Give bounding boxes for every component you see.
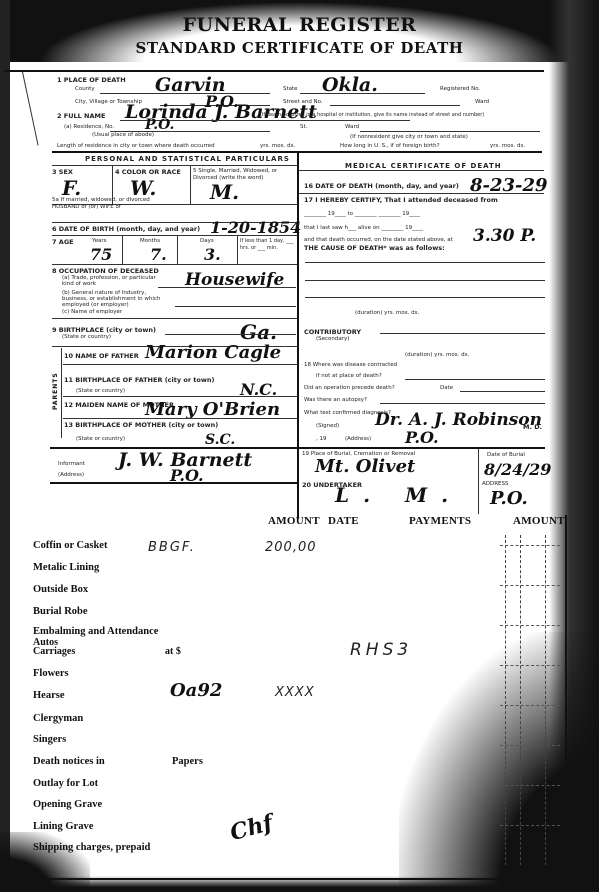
- row-line-5: [52, 318, 297, 319]
- occurred-label: and that death occurred, on the date sta…: [304, 237, 453, 243]
- cause-line-3: [305, 297, 545, 298]
- certificate-title: STANDARD CERTIFICATE OF DEATH: [0, 39, 599, 57]
- death-certificate-page: FUNERAL REGISTER STANDARD CERTIFICATE OF…: [0, 0, 599, 892]
- ledger-item-opening-grave: Opening Grave: [33, 799, 102, 810]
- ward-line: [360, 131, 540, 132]
- secondary-label: (Secondary): [316, 336, 349, 342]
- ledger-item-death-notices: Death notices in: [33, 756, 105, 767]
- margin-line: [22, 72, 39, 146]
- ward-label: Ward: [475, 99, 489, 105]
- ledger-bottom-line: [0, 878, 599, 880]
- ledger-grid-row: [500, 585, 560, 586]
- ledger-item-embalming: Embalming and Attendance: [33, 626, 158, 637]
- ledger-grid-row: [500, 545, 560, 546]
- year-label: , 19: [316, 436, 327, 442]
- undertaker-value: L. M.: [335, 483, 462, 507]
- ledger-amount-hearse: XXXX: [275, 685, 315, 700]
- dob-label: 6 DATE OF BIRTH (month, day, and year): [52, 225, 200, 233]
- signed-label: (Signed): [316, 423, 339, 429]
- time-of-death-value: 3.30 P.: [473, 226, 536, 246]
- us-label: How long in U. S., if of foreign birth?: [340, 143, 440, 149]
- ledger-grid-row: [500, 665, 560, 666]
- age-label: 7 AGE: [52, 238, 74, 246]
- marital-label: 5 Single, Married, Widowed, or Divorced …: [193, 168, 293, 182]
- physician-signature: Dr. A. J. Robinson: [375, 410, 542, 430]
- ledger-item-burial-robe: Burial Robe: [33, 606, 88, 617]
- personal-section-title: PERSONAL AND STATISTICAL PARTICULARS: [85, 155, 290, 163]
- years-label: Years: [92, 238, 107, 244]
- parents-label: PARENTS: [52, 372, 59, 410]
- mother-name-value: Mary O'Brien: [145, 399, 280, 420]
- state-value: Okla.: [322, 74, 378, 96]
- contracted-line: [405, 379, 545, 380]
- ledger-grid-row: [500, 625, 560, 626]
- contributory-label: CONTRIBUTORY: [304, 328, 361, 336]
- spouse-label: 5a If married, widowed, or divorced HUSB…: [52, 197, 172, 211]
- birthplace-line: [165, 334, 296, 335]
- cause-line-2: [305, 280, 545, 281]
- race-label: 4 COLOR OR RACE: [115, 168, 181, 176]
- birthplace-value: Ga.: [240, 320, 277, 344]
- father-name-value: Marion Cagle: [145, 342, 281, 363]
- contracted-label: 18 Where was disease contracted: [304, 362, 397, 368]
- undertaker-address-value: P.O.: [490, 488, 528, 509]
- ledger-amount-coffin: 200,00: [265, 540, 317, 555]
- residence-ward-label: Ward: [345, 124, 359, 130]
- physician-address-value: P.O.: [405, 428, 439, 447]
- mother-line: [63, 418, 297, 419]
- ledger-pencil-note: RHS3: [350, 640, 412, 660]
- ledger-initials: Chf: [227, 810, 275, 846]
- ledger-right-border: [565, 515, 567, 855]
- registered-no-label: Registered No.: [440, 86, 480, 92]
- age-divider-1: [122, 236, 123, 264]
- ledger-header-date: DATE: [328, 515, 359, 527]
- sex-label: 3 SEX: [52, 168, 73, 176]
- attended-from-line: ________ 19____ to ________ ________ 19_…: [304, 211, 420, 217]
- medical-section-title: MEDICAL CERTIFICATE OF DEATH: [345, 162, 502, 170]
- less-than-label: If less than 1 day, ___ hrs. or ___ min.: [240, 238, 295, 252]
- ledger-note-coffin: BBGF.: [148, 540, 196, 555]
- father-birthplace-label: 11 BIRTHPLACE OF FATHER (city or town): [64, 376, 214, 384]
- divider-top: [4, 70, 544, 72]
- full-name-label: 2 FULL NAME: [57, 112, 105, 120]
- burial-divider: [478, 449, 479, 514]
- county-label: County: [75, 86, 95, 92]
- years-value: 75: [90, 245, 112, 264]
- residence-label: (a) Residence, No.: [64, 124, 114, 130]
- scan-corner-bottom-left: [0, 832, 90, 892]
- duration2-label: (duration) yrs. mos. ds.: [405, 352, 469, 358]
- alive-label: that I last saw h___ alive on ________ 1…: [304, 225, 423, 231]
- operation-date-label: Date: [440, 385, 453, 391]
- informant-label: Informant: [58, 461, 85, 467]
- ledger-item-clergyman: Clergyman: [33, 713, 83, 724]
- ledger-grid-row: [500, 785, 560, 786]
- undertaker-address-label: ADDRESS: [482, 481, 509, 487]
- autopsy-line: [380, 403, 545, 404]
- medical-bottom-line: [299, 447, 545, 449]
- father-bp-line: [63, 396, 297, 397]
- father-name-label: 10 NAME OF FATHER: [64, 352, 139, 360]
- occupation-label: 8 OCCUPATION OF DECEASED: [52, 267, 159, 275]
- days-label: Days: [200, 238, 214, 244]
- informant-bottom-line: [50, 482, 297, 484]
- ledger-death-notices-papers: Papers: [172, 756, 203, 767]
- us-units: yrs. mos. ds.: [490, 143, 525, 149]
- length-units: yrs. mos. ds.: [260, 143, 295, 149]
- parents-bracket: [61, 348, 62, 438]
- ledger-carriages-rate: at $: [165, 647, 181, 656]
- usual-place-note: (Usual place of abode): [92, 132, 154, 138]
- burial-date-label: Date of Burial: [487, 452, 525, 458]
- street-line: [330, 105, 460, 106]
- column-divider: [297, 151, 299, 519]
- occupation-a-label: (a) Trade, profession, or particular kin…: [62, 275, 157, 287]
- ledger-item-outlay-lot: Outlay for Lot: [33, 778, 98, 789]
- birthplace-label: 9 BIRTHPLACE (city or town): [52, 326, 156, 334]
- informant-address-label: (Address): [58, 472, 84, 478]
- date-of-death-label: 16 DATE OF DEATH (month, day, and year): [304, 182, 459, 190]
- ledger-item-lining-grave: Lining Grave: [33, 821, 93, 832]
- ledger-header-payments: PAYMENTS: [409, 515, 471, 527]
- ledger-item-hearse: Hearse: [33, 690, 65, 701]
- months-label: Months: [140, 238, 160, 244]
- mother-birthplace-label: 13 BIRTHPLACE OF MOTHER (city or town): [64, 421, 218, 429]
- occupation-b-label: (b) General nature of Industry, business…: [62, 290, 172, 308]
- personal-header-line: [52, 165, 297, 166]
- not-place-label: if not at place of death?: [316, 373, 382, 379]
- place-of-death-label: 1 PLACE OF DEATH: [57, 76, 126, 84]
- occupation-c-label: (c) Name of employer: [62, 309, 122, 315]
- mother-birthplace-sub: (State or country): [76, 436, 125, 442]
- autopsy-label: Was there an autopsy?: [304, 397, 367, 403]
- father-birthplace-sub: (State or country): [76, 388, 125, 394]
- operation-date-line: [460, 391, 545, 392]
- dod-line: [299, 193, 544, 194]
- age-divider-2: [177, 236, 178, 264]
- months-value: 7.: [150, 245, 167, 264]
- cause-of-death-label: THE CAUSE OF DEATH* was as follows:: [304, 244, 445, 252]
- father-line: [63, 364, 297, 365]
- physician-address-label: (Address): [345, 436, 371, 442]
- occupation-a-line: [158, 287, 296, 288]
- ledger-item-flowers: Flowers: [33, 668, 69, 679]
- md-label: M. D.: [523, 423, 542, 431]
- scan-edge-left: [0, 0, 10, 892]
- burial-date-value: 8/24/29: [484, 460, 551, 479]
- ledger-note-hearse: Oa92: [170, 680, 222, 701]
- ledger-item-outside-box: Outside Box: [33, 584, 88, 595]
- nonresident-note: (If nonresident give city or town and st…: [350, 134, 468, 140]
- certify-label: 17 I HEREBY CERTIFY, That I attended dec…: [304, 196, 498, 204]
- institution-note: (If death occurred in a hospital or inst…: [260, 112, 484, 118]
- ledger-item-shipping: Shipping charges, prepaid: [33, 842, 150, 853]
- race-divider: [190, 166, 191, 204]
- burial-place-value: Mt. Olivet: [315, 456, 415, 477]
- cause-line-1: [305, 262, 545, 263]
- contributory-line: [380, 333, 545, 334]
- days-value: 3.: [204, 245, 221, 264]
- register-title: FUNERAL REGISTER: [0, 14, 599, 36]
- row-line-4: [52, 264, 297, 265]
- scan-corner-bottom-right: [399, 632, 599, 892]
- ledger-grid-row: [500, 745, 560, 746]
- ledger-item-carriages: Carriages: [33, 647, 75, 656]
- state-label: State: [283, 86, 298, 92]
- length-residence-label: Length of residence in city or town wher…: [57, 143, 215, 149]
- marital-value: M.: [210, 180, 239, 204]
- mother-birthplace-value: S.C.: [205, 432, 235, 448]
- ledger-item-metalic-lining: Metalic Lining: [33, 562, 99, 573]
- ledger-header-amount: AMOUNT: [268, 515, 320, 527]
- occupation-b-line: [175, 306, 296, 307]
- row-line-3: [52, 235, 297, 236]
- ledger-grid-row: [500, 825, 560, 826]
- residence-st-label: St.: [300, 124, 307, 130]
- age-divider-3: [237, 236, 238, 264]
- ledger-grid-row: [500, 705, 560, 706]
- ledger-item-singers: Singers: [33, 734, 66, 745]
- operation-label: Did an operation precede death?: [304, 385, 395, 391]
- birthplace-sub: (State or country): [62, 334, 111, 340]
- ledger-item-coffin: Coffin or Casket: [33, 540, 107, 551]
- ledger-header-amount-2: AMOUNT: [513, 515, 565, 527]
- duration-label: (duration) yrs. mos. ds.: [355, 310, 419, 316]
- medical-header-line: [299, 170, 544, 171]
